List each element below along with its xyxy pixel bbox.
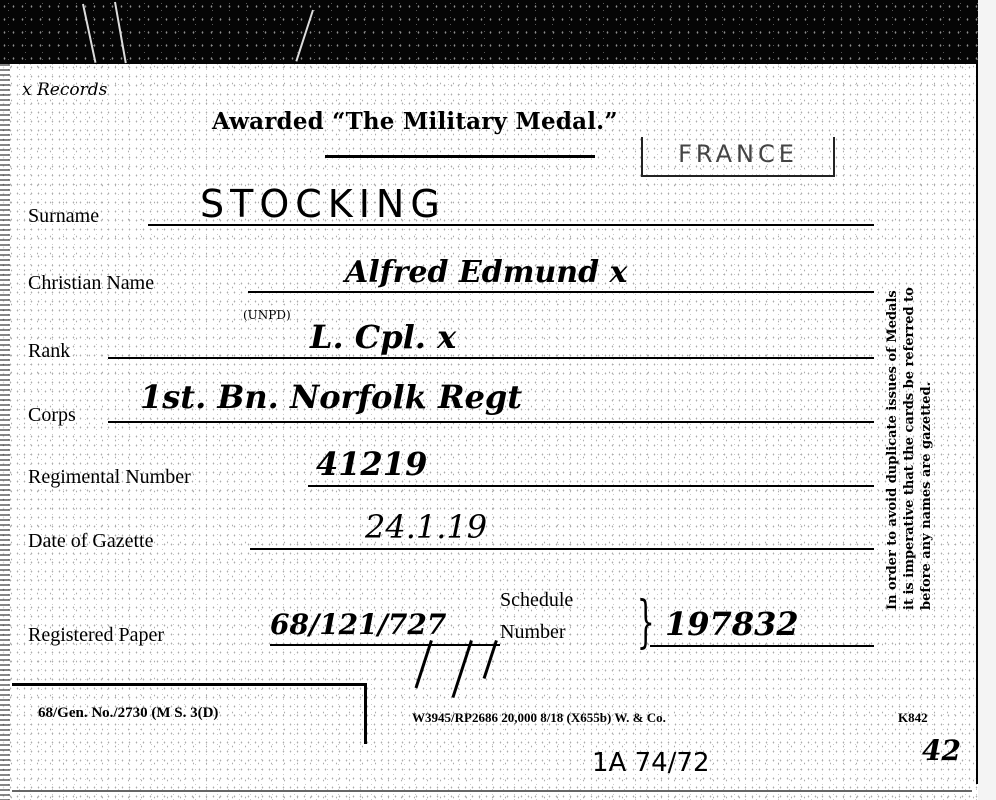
rank-rule xyxy=(108,357,874,359)
rank-value: L. Cpl. x xyxy=(310,318,456,356)
rank-label: Rank xyxy=(28,340,70,363)
corps-value: 1st. Bn. Norfolk Regt xyxy=(140,378,522,416)
card-right-margin xyxy=(978,0,996,800)
france-stamp: FRANCE xyxy=(641,137,835,177)
handwritten-mark: 42 xyxy=(922,734,961,767)
card-left-edge xyxy=(0,64,10,800)
title-underline xyxy=(325,155,595,158)
pen-stroke xyxy=(415,640,433,688)
form-number: 68/Gen. No./2730 (M S. 3(D) xyxy=(38,705,218,722)
corps-rule xyxy=(108,421,874,423)
date-of-gazette-value: 24.1.19 xyxy=(365,508,487,546)
registered-paper-rule xyxy=(270,644,500,646)
regimental-number-label: Regimental Number xyxy=(28,466,191,489)
records-annotation: x Records xyxy=(22,80,107,100)
bottom-edge-rule xyxy=(12,790,972,792)
date-of-gazette-label: Date of Gazette xyxy=(28,530,153,553)
side-instruction-note: In order to avoid duplicate issues of Me… xyxy=(884,140,935,610)
schedule-label: Schedule xyxy=(500,589,573,612)
side-note-line-3: before any names are gazetted. xyxy=(918,140,935,610)
surname-label: Surname xyxy=(28,205,99,228)
christian-name-rule xyxy=(248,291,874,293)
pen-stroke xyxy=(451,640,472,698)
number-label: Number xyxy=(500,621,566,644)
card-code: K842 xyxy=(898,710,928,726)
registered-paper-value: 68/121/727 xyxy=(270,608,446,641)
rank-annotation: (UNPD) xyxy=(243,308,291,322)
christian-name-label: Christian Name xyxy=(28,272,154,295)
registered-paper-label: Registered Paper xyxy=(28,624,164,647)
corps-label: Corps xyxy=(28,404,76,427)
schedule-number-value: 197832 xyxy=(665,605,799,643)
handwritten-reference: 1A 74/72 xyxy=(592,748,710,778)
side-note-line-2: it is imperative that the cards be refer… xyxy=(901,140,918,610)
regimental-number-rule xyxy=(308,485,874,487)
surname-value: STOCKING xyxy=(200,182,446,226)
printer-info: W3945/RP2686 20,000 8/18 (X655b) W. & Co… xyxy=(412,710,666,726)
date-of-gazette-rule xyxy=(250,548,874,550)
side-note-line-1: In order to avoid duplicate issues of Me… xyxy=(884,140,901,610)
schedule-number-rule xyxy=(650,645,874,647)
regimental-number-value: 41219 xyxy=(316,445,427,483)
card-top-edge xyxy=(0,0,996,64)
card-right-border xyxy=(976,64,978,784)
card-title: Awarded “The Military Medal.” xyxy=(212,108,618,135)
christian-name-value: Alfred Edmund x xyxy=(345,255,627,290)
